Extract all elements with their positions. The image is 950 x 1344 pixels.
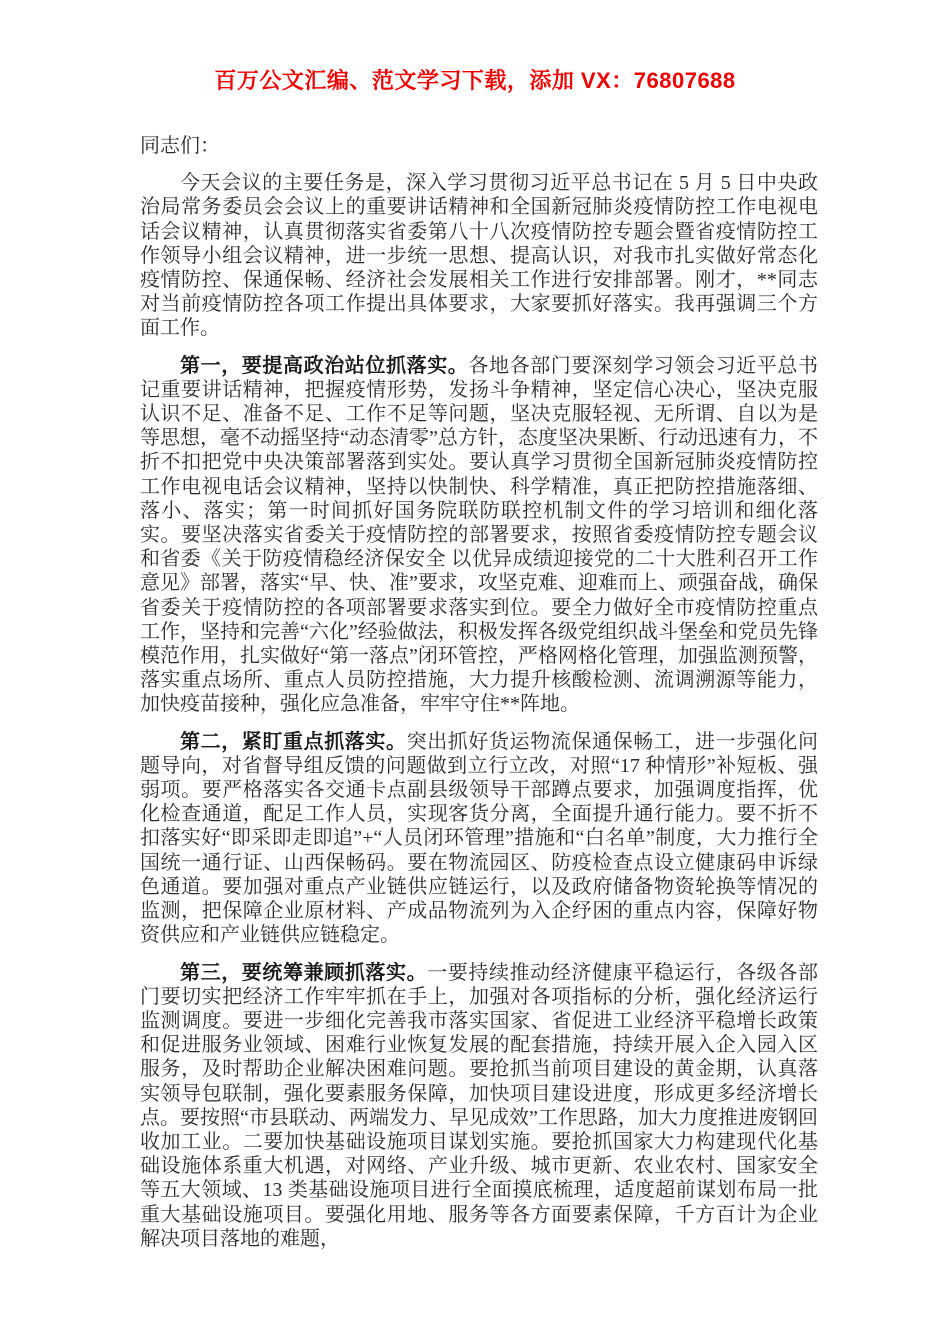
paragraph-intro-text: 今天会议的主要任务是，深入学习贯彻习近平总书记在 5 月 5 日中央政治局常务委… — [140, 172, 818, 339]
document-body: 同志们： 今天会议的主要任务是，深入学习贯彻习近平总书记在 5 月 5 日中央政… — [140, 134, 818, 1251]
salutation: 同志们： — [140, 134, 818, 158]
paragraph-second-point-lead: 第二，紧盯重点抓落实。 — [180, 731, 407, 753]
promo-header-text: 百万公文汇编、范文学习下载，添加 VX：76807688 — [0, 0, 950, 94]
paragraph-second-point: 第二，紧盯重点抓落实。突出抓好货运物流保通保畅工，进一步强化问题导向，对省督导组… — [140, 730, 818, 948]
paragraph-first-point-lead: 第一，要提高政治站位抓落实。 — [180, 355, 468, 377]
paragraph-third-point-lead: 第三，要统筹兼顾抓落实。 — [180, 962, 427, 984]
paragraph-intro: 今天会议的主要任务是，深入学习贯彻习近平总书记在 5 月 5 日中央政治局常务委… — [140, 171, 818, 340]
paragraph-first-point: 第一，要提高政治站位抓落实。各地各部门要深刻学习领会习近平总书记重要讲话精神，把… — [140, 354, 818, 717]
paragraph-third-point: 第三，要统筹兼顾抓落实。一要持续推动经济健康平稳运行，各级各部门要切实把经济工作… — [140, 961, 818, 1251]
paragraph-first-point-text: 各地各部门要深刻学习领会习近平总书记重要讲话精神，把握疫情形势，发扬斗争精神，坚… — [140, 355, 818, 716]
paragraph-second-point-text: 突出抓好货运物流保通保畅工，进一步强化问题导向，对省督导组反馈的问题做到立行立改… — [140, 731, 818, 947]
paragraph-third-point-text: 一要持续推动经济健康平稳运行，各级各部门要切实把经济工作牢牢抓在手上，加强对各项… — [140, 962, 818, 1250]
document-page: 百万公文汇编、范文学习下载，添加 VX：76807688 同志们： 今天会议的主… — [0, 0, 950, 1344]
